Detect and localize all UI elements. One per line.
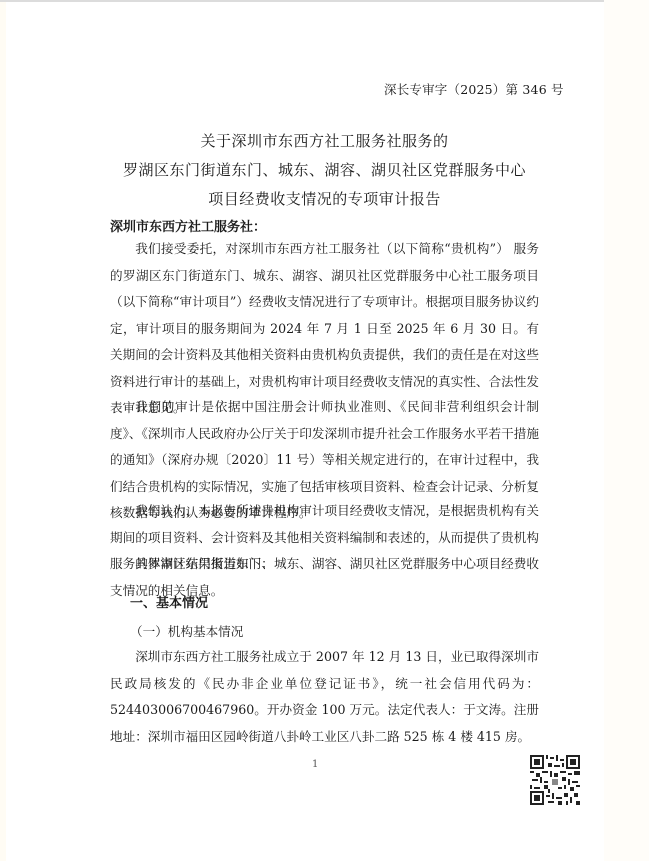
qr-code-icon (530, 755, 580, 805)
paragraph-results-intro: 具体审计结果报告如下： (110, 551, 539, 578)
document-number: 深长专审字（2025）第 346 号 (384, 80, 564, 98)
title-line-1: 关于深圳市东西方社工服务社服务的 (0, 130, 649, 151)
paragraph-org-info: 深圳市东西方社工服务社成立于 2007 年 12 月 13 日，业已取得深圳市民… (110, 644, 539, 750)
page-top-border (0, 0, 649, 2)
title-line-2: 罗湖区东门街道东门、城东、湖容、湖贝社区党群服务中心 (0, 159, 649, 180)
page-number: 1 (312, 759, 318, 770)
subsection-heading: （一）机构基本情况 (130, 621, 243, 640)
section-heading: 一、基本情况 (130, 592, 208, 611)
title-line-3: 项目经费收支情况的专项审计报告 (0, 188, 649, 209)
addressee: 深圳市东西方社工服务社： (110, 216, 266, 235)
